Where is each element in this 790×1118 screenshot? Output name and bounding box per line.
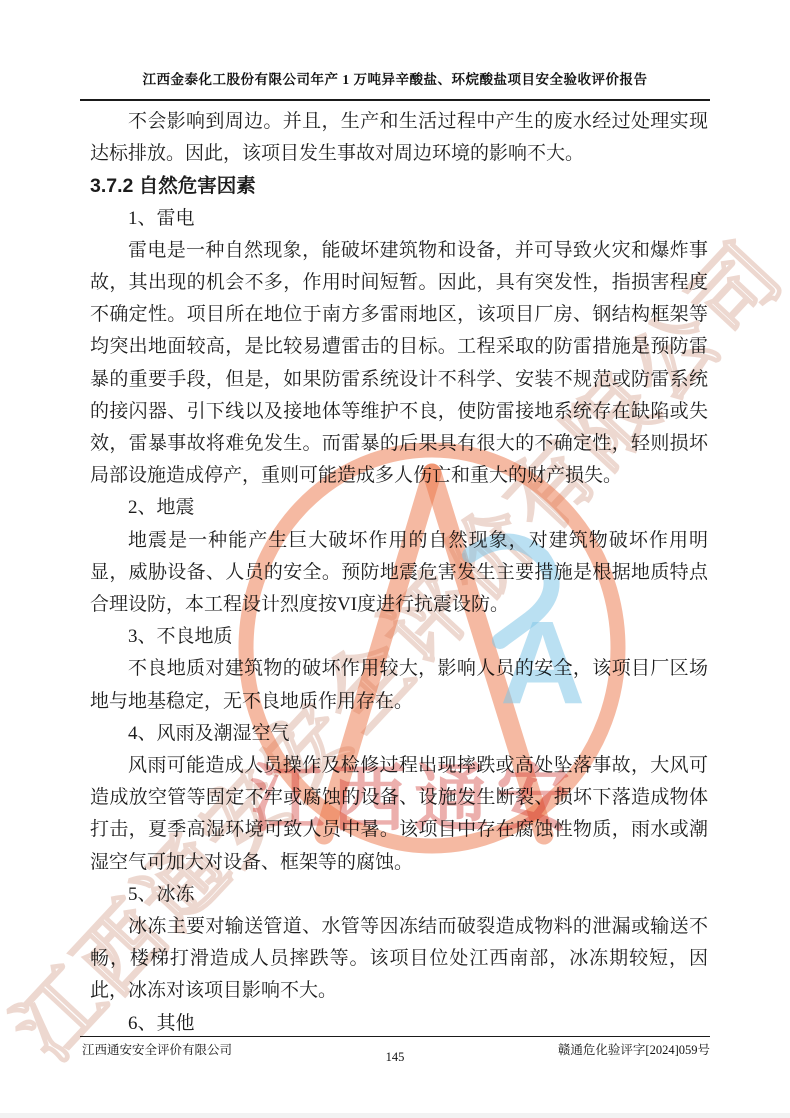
report-page: 江西金泰化工股份有限公司年产 1 万吨异辛酸盐、环烷酸盐项目安全验收评价报告 不… xyxy=(0,0,790,1118)
item-label-bad-geology: 3、不良地质 xyxy=(90,621,708,653)
item-body-earthquake: 地震是一种能产生巨大破坏作用的自然现象，对建筑物破坏作用明显，威胁设备、人员的安… xyxy=(90,525,708,622)
section-heading-3-7-2: 3.7.2 自然危害因素 xyxy=(90,170,708,202)
item-label-earthquake: 2、地震 xyxy=(90,492,708,524)
item-label-wind-rain: 4、风雨及潮湿空气 xyxy=(90,718,708,750)
item-body-lightning: 雷电是一种自然现象，能破坏建筑物和设备，并可导致火灾和爆炸事故，其出现的机会不多… xyxy=(90,235,708,493)
item-body-bad-geology: 不良地质对建筑物的破坏作用较大，影响人员的安全，该项目厂区场地与地基稳定，无不良… xyxy=(90,653,708,717)
item-label-lightning: 1、雷电 xyxy=(90,203,708,235)
document-body: 不会影响到周边。并且，生产和生活过程中产生的废水经过处理实现达标排放。因此，该项… xyxy=(90,106,708,1040)
running-header-title: 江西金泰化工股份有限公司年产 1 万吨异辛酸盐、环烷酸盐项目安全验收评价报告 xyxy=(80,68,710,88)
footer-rule xyxy=(80,1036,710,1037)
page-number: 145 xyxy=(0,1050,790,1065)
item-body-freezing: 冰冻主要对输送管道、水管等因冻结而破裂造成物料的泄漏或输送不畅，楼梯打滑造成人员… xyxy=(90,911,708,1008)
scan-edge-shadow xyxy=(0,1113,790,1118)
item-label-freezing: 5、冰冻 xyxy=(90,879,708,911)
intro-paragraph: 不会影响到周边。并且，生产和生活过程中产生的废水经过处理实现达标排放。因此，该项… xyxy=(90,106,708,170)
item-body-wind-rain: 风雨可能造成人员操作及检修过程出现摔跌或高处坠落事故，大风可造成放空管等固定不牢… xyxy=(90,750,708,879)
header-rule xyxy=(80,99,710,101)
